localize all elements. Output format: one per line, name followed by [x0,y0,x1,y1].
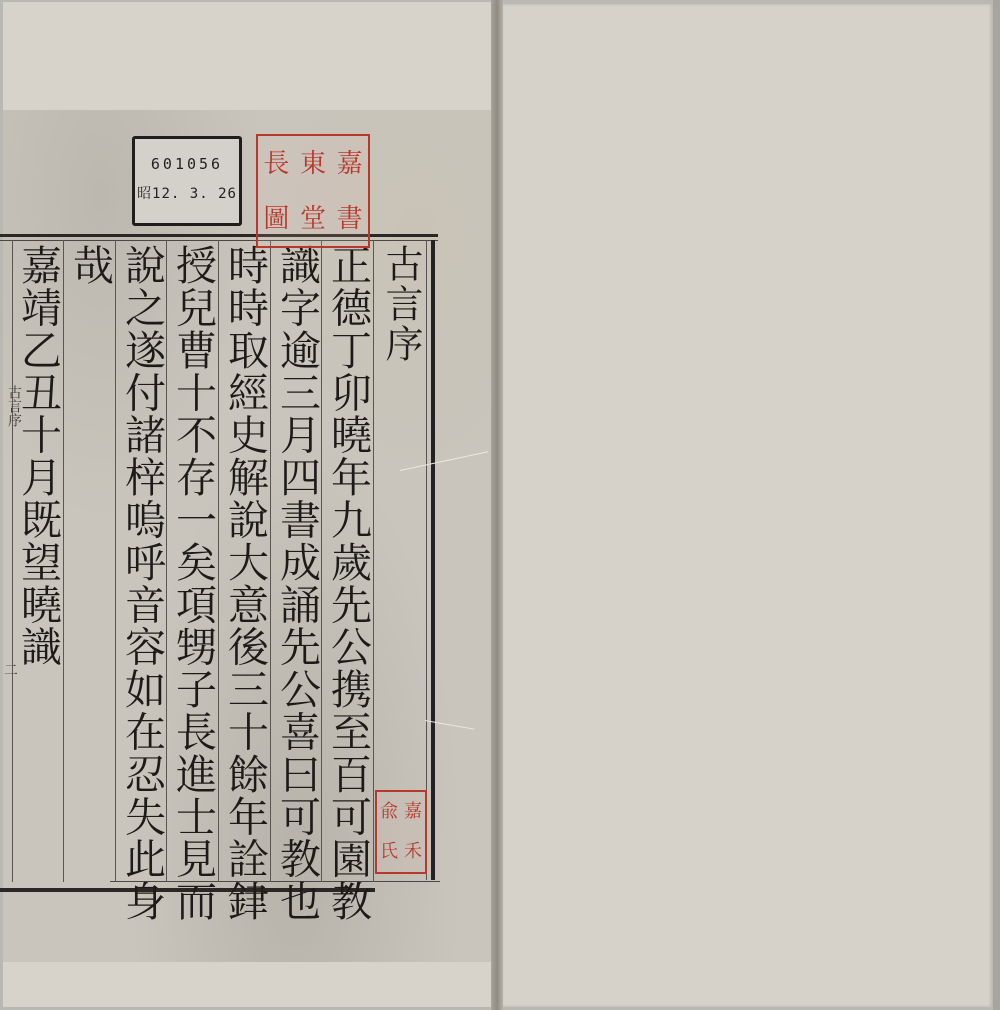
frame-right-inner-border [426,240,427,880]
text-column-1: 正德丁卯曉年九歲先公携至百可園教 [324,244,372,922]
seal-char: 長 [258,151,295,177]
seal-char: 書 [331,206,368,232]
seal-char: 東 [295,151,332,177]
library-seal-large: 長 東 嘉 圖 堂 書 [256,134,370,248]
text-column-4: 授兒曹十不存一矣項甥子長進士見而 [169,244,217,922]
preface-title: 古言序 [377,244,425,364]
text-column-3: 時時取經史解說大意後三十餘年詮銉 [221,244,269,922]
seal-char: 圖 [258,206,295,232]
text-column-2: 識字逾三月四書成誦先公喜曰可教也 [273,244,321,922]
margin-page-number: 二 [4,660,18,680]
seal-char: 禾 [401,843,425,861]
book-gutter [491,0,503,1010]
column-rule [115,240,116,882]
column-rule [321,240,322,882]
margin-title-mark: 古言序 [4,385,24,427]
column-rule [12,240,13,882]
colophon-date-column: 嘉靖乙丑十月既望曉識 [14,244,62,668]
accession-date: 昭12. 3. 26 [135,183,239,203]
frame-right-border [431,240,435,880]
library-call-number-label: 601056 昭12. 3. 26 [132,136,242,226]
column-rule [373,240,374,882]
owner-seal-small: 兪 嘉 氏 禾 [375,790,427,874]
frame-top-border [0,234,438,237]
page-edge [993,0,1000,1010]
seal-char: 嘉 [401,803,425,821]
column-rule [218,240,219,882]
blank-right-page [503,4,993,1007]
text-column-6: 哉 [66,244,114,286]
column-rule [270,240,271,882]
seal-char: 氏 [377,843,401,861]
seal-char: 嘉 [331,151,368,177]
call-number: 601056 [135,155,239,173]
column-rule [63,240,64,882]
seal-char: 堂 [295,206,332,232]
column-rule [166,240,167,882]
seal-char: 兪 [377,803,401,821]
text-column-5: 說之遂付諸梓嗚呼音容如在忍失此身 [118,244,166,922]
